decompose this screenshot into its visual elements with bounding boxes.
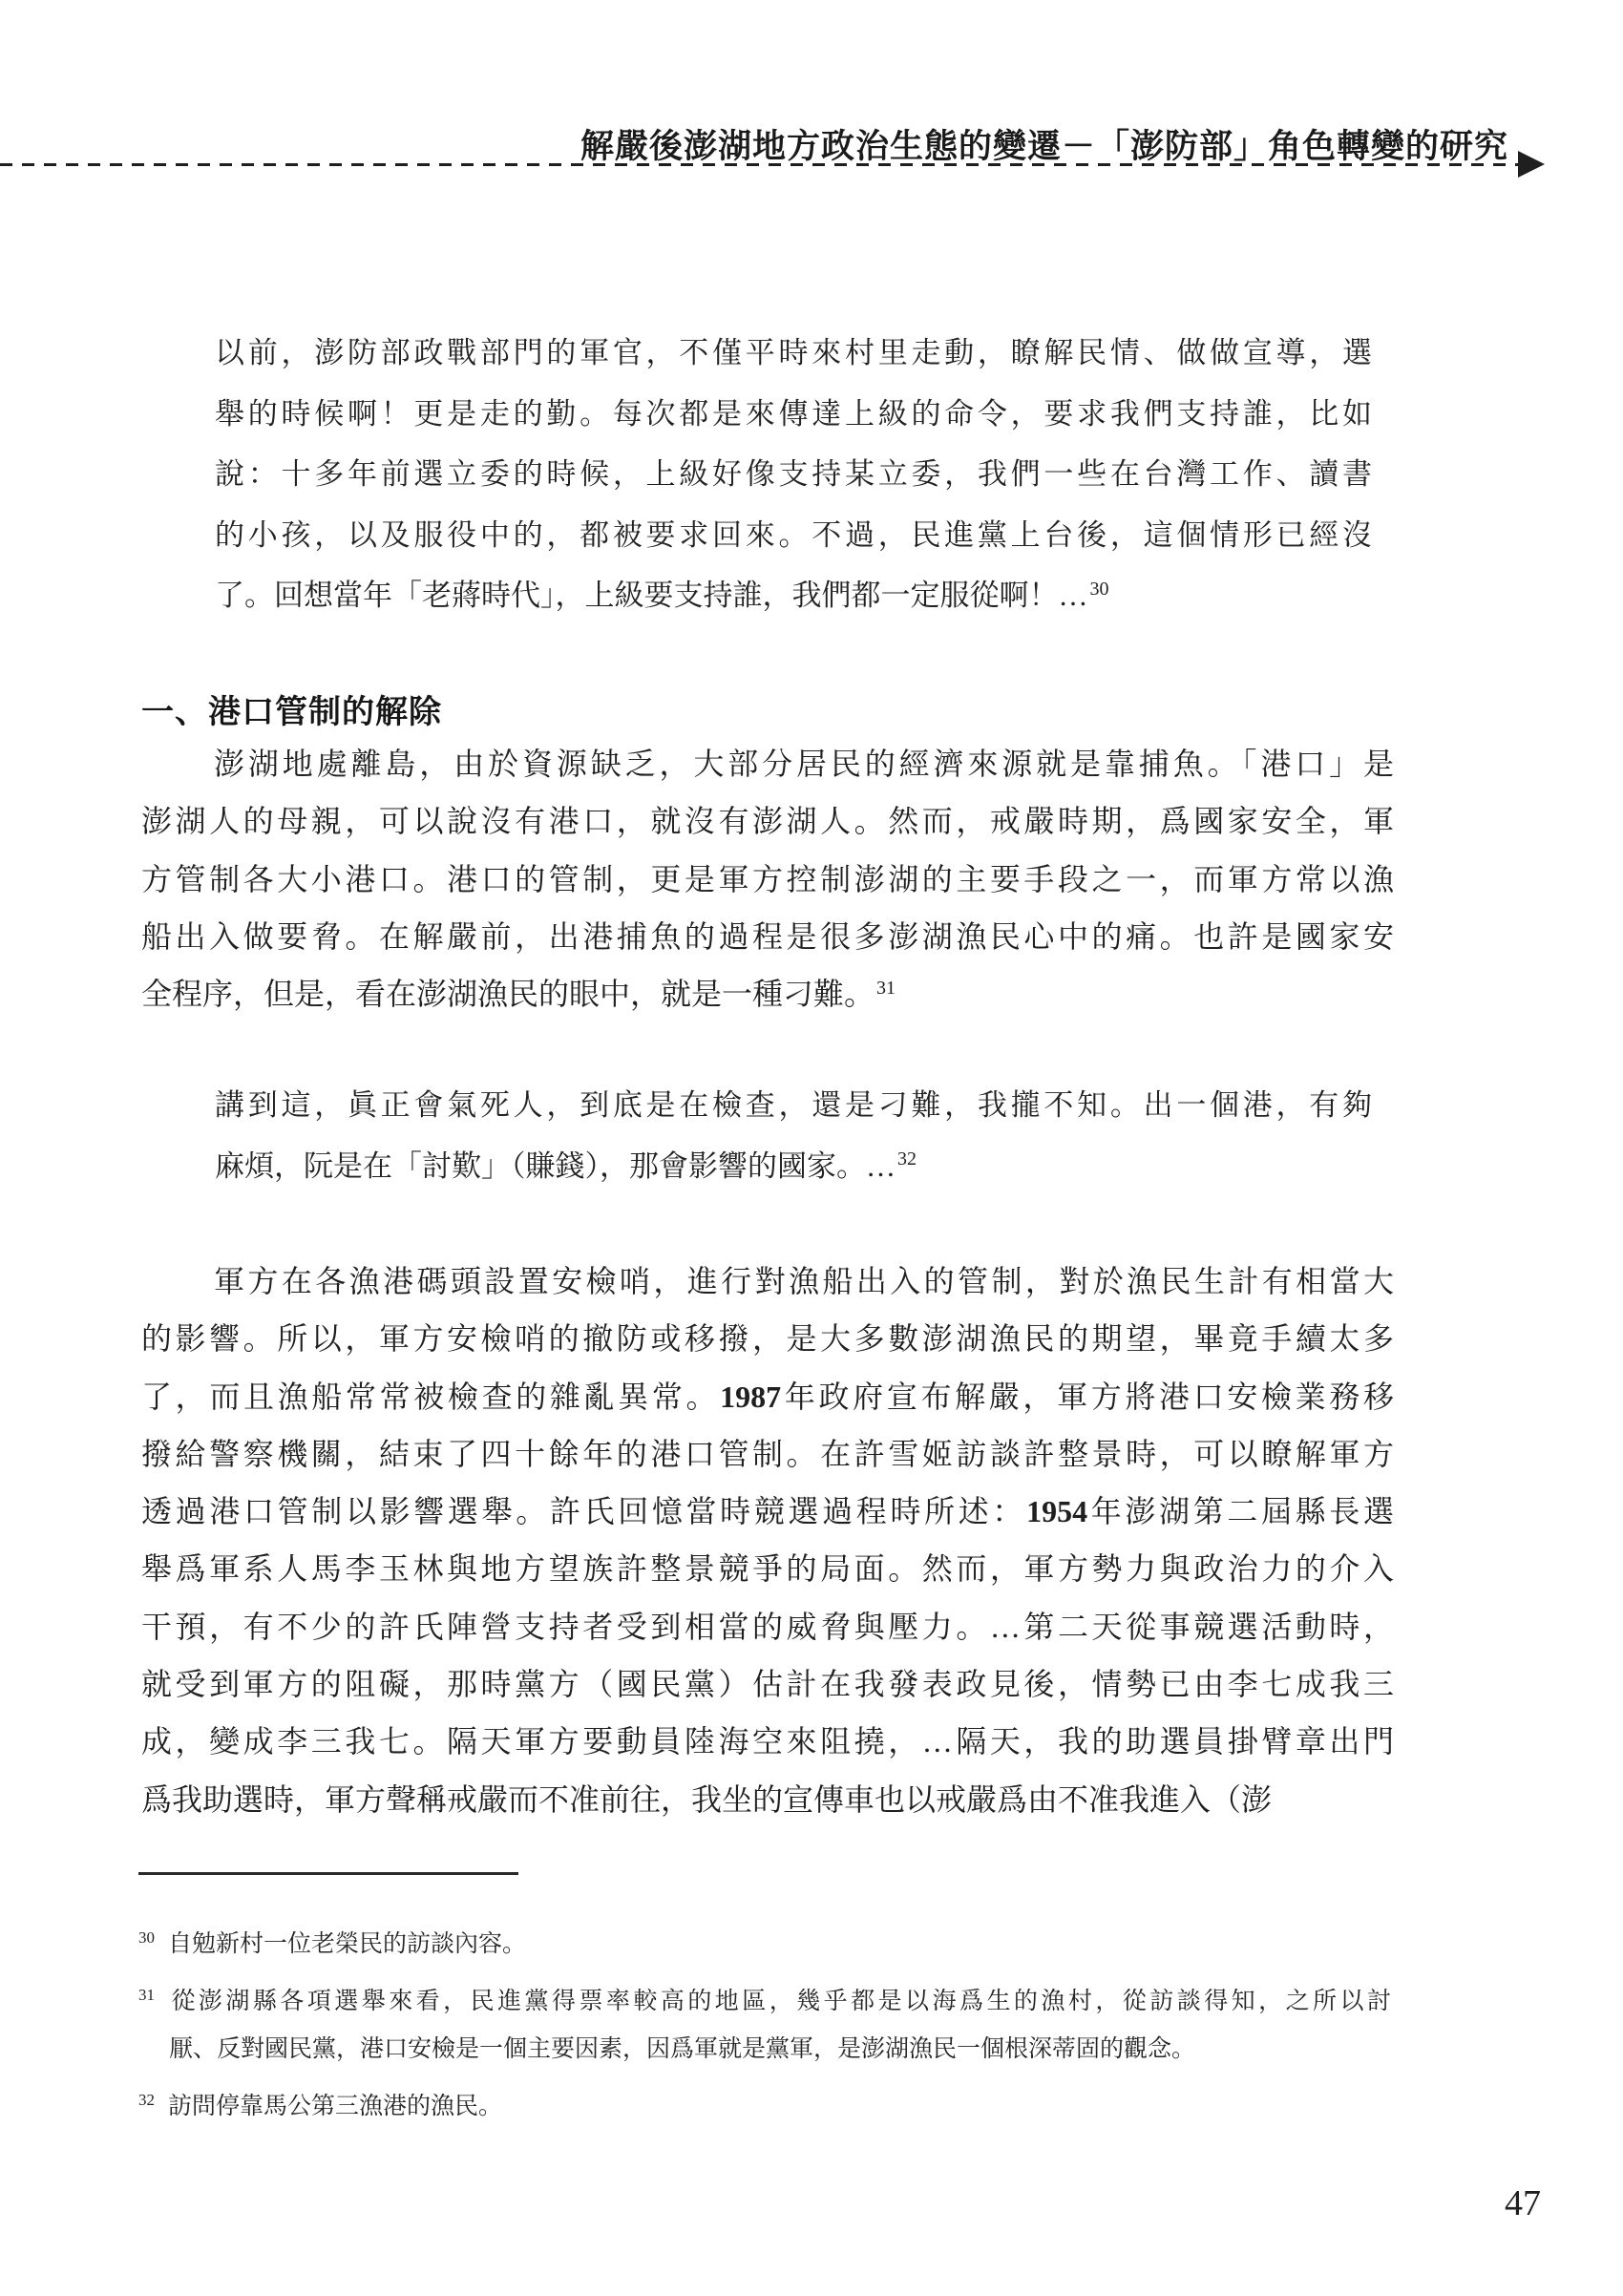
quote-line-text: 麻煩，阮是在「討歎」（賺錢），那會影響的國家。…: [215, 1149, 896, 1183]
paragraph-line-text: 年政府宣布解嚴，軍方將港口安檢業務移: [781, 1380, 1394, 1414]
paragraph-line: 舉爲軍系人馬李玉林與地方望族許整景競爭的局面。然而，軍方勢力與政治力的介入: [141, 1540, 1394, 1597]
footnote-item: 31從澎湖縣各項選舉來看，民進黨得票率較高的地區，幾乎都是以海爲生的漁村，從訪談…: [138, 1978, 1391, 2074]
footnote-reference: 31: [876, 978, 896, 999]
quote-line: 麻煩，阮是在「討歎」（賺錢），那會影響的國家。…32: [215, 1136, 1372, 1197]
footnote-marker: 30: [138, 1928, 155, 1947]
year-emphasis: 1987: [720, 1380, 781, 1414]
paragraph-line: 干預，有不少的許氏陣營支持者受到相當的威脅與壓力。…第二天從事競選活動時，: [141, 1598, 1394, 1655]
footnote-reference: 30: [1090, 579, 1109, 600]
page-number: 47: [1505, 2182, 1541, 2224]
quote-line: 說：十多年前選立委的時候，上級好像支持某立委，我們一些在台灣工作、讀書: [215, 444, 1372, 505]
footnote-line: 30自勉新村一位老榮民的訪談內容。: [138, 1921, 1391, 1969]
footnote-line: 31從澎湖縣各項選舉來看，民進黨得票率較高的地區，幾乎都是以海爲生的漁村，從訪談…: [138, 1978, 1391, 2026]
paragraph-line-text: 年澎湖第二屆縣長選: [1087, 1494, 1394, 1528]
year-emphasis: 1954: [1026, 1494, 1087, 1528]
quote-line-text: 了。回想當年「老蔣時代」，上級要支持誰，我們都一定服從啊！…: [215, 579, 1088, 612]
running-header-title: 解嚴後澎湖地方政治生態的變遷－「澎防部」角色轉變的研究: [580, 120, 1508, 168]
arrow-right-icon: [1518, 151, 1545, 178]
paragraph-line: 澎湖地處離島，由於資源缺乏，大部分居民的經濟來源就是靠捕魚。「港口」是: [141, 735, 1394, 792]
quote-line: 講到這，眞正會氣死人，到底是在檢查，還是刁難，我攏不知。出一個港，有夠: [215, 1075, 1372, 1136]
body-paragraph-1: 澎湖地處離島，由於資源缺乏，大部分居民的經濟來源就是靠捕魚。「港口」是 澎湖人的…: [141, 735, 1394, 1022]
paragraph-line-text: 透過港口管制以影響選舉。許氏回憶當時競選過程時所述：: [141, 1494, 1026, 1528]
paragraph-line: 船出入做要脅。在解嚴前，出港捕魚的過程是很多澎湖漁民心中的痛。也許是國家安: [141, 908, 1394, 965]
paragraph-line: 爲我助選時，軍方聲稱戒嚴而不准前往，我坐的宣傳車也以戒嚴爲由不准我進入（澎: [141, 1771, 1394, 1828]
footnote-text: 訪問停靠馬公第三漁港的漁民。: [168, 2094, 502, 2119]
footnote-item: 30自勉新村一位老榮民的訪談內容。: [138, 1921, 1391, 1969]
paragraph-line: 了，而且漁船常常被檢查的雜亂異常。1987年政府宣布解嚴，軍方將港口安檢業務移: [141, 1368, 1394, 1425]
body-paragraph-2: 軍方在各漁港碼頭設置安檢哨，進行對漁船出入的管制，對於漁民生計有相當大 的影響。…: [141, 1253, 1394, 1828]
footnote-reference: 32: [897, 1148, 917, 1169]
footnote-text: 從澎湖縣各項選舉來看，民進黨得票率較高的地區，幾乎都是以海爲生的漁村，從訪談得知…: [168, 1989, 1391, 2014]
quote-line: 的小孩，以及服役中的，都被要求回來。不過，民進黨上台後，這個情形已經沒: [215, 505, 1372, 566]
section-heading: 一、港口管制的解除: [141, 685, 442, 732]
quote-line: 以前，澎防部政戰部門的軍官，不僅平時來村里走動，瞭解民情、做做宣導，選: [215, 323, 1372, 384]
paragraph-line: 撥給警察機關，結束了四十餘年的港口管制。在許雪姬訪談許整景時，可以瞭解軍方: [141, 1425, 1394, 1483]
footnote-marker: 32: [138, 2091, 155, 2109]
paragraph-line: 軍方在各漁港碼頭設置安檢哨，進行對漁船出入的管制，對於漁民生計有相當大: [141, 1253, 1394, 1310]
paragraph-line: 的影響。所以，軍方安檢哨的撤防或移撥，是大多數澎湖漁民的期望，畢竟手續太多: [141, 1310, 1394, 1367]
paragraph-line: 方管制各大小港口。港口的管制，更是軍方控制澎湖的主要手段之一，而軍方常以漁: [141, 851, 1394, 908]
interview-quote-block-1: 以前，澎防部政戰部門的軍官，不僅平時來村里走動，瞭解民情、做做宣導，選 舉的時候…: [215, 323, 1372, 626]
paragraph-line-text: 全程序，但是，看在澎湖漁民的眼中，就是一種刁難。: [141, 977, 875, 1011]
paragraph-line: 全程序，但是，看在澎湖漁民的眼中，就是一種刁難。31: [141, 965, 1394, 1022]
interview-quote-block-2: 講到這，眞正會氣死人，到底是在檢查，還是刁難，我攏不知。出一個港，有夠 麻煩，阮…: [215, 1075, 1372, 1196]
footnote-marker: 31: [138, 1986, 155, 2004]
paragraph-line: 就受到軍方的阻礙，那時黨方（國民黨）估計在我發表政見後，情勢已由李七成我三: [141, 1655, 1394, 1713]
footnote-line: 32訪問停靠馬公第三漁港的漁民。: [138, 2083, 1391, 2131]
paragraph-line: 澎湖人的母親，可以說沒有港口，就沒有澎湖人。然而，戒嚴時期，爲國家安全，軍: [141, 792, 1394, 850]
footnote-line: 厭、反對國民黨，港口安檢是一個主要因素，因爲軍就是黨軍，是澎湖漁民一個根深蒂固的…: [138, 2026, 1391, 2074]
quote-line: 了。回想當年「老蔣時代」，上級要支持誰，我們都一定服從啊！…30: [215, 565, 1372, 626]
paragraph-line: 透過港口管制以影響選舉。許氏回憶當時競選過程時所述：1954年澎湖第二屆縣長選: [141, 1483, 1394, 1540]
header-dashed-rule: [0, 163, 1520, 166]
quote-line: 舉的時候啊！更是走的勤。每次都是來傳達上級的命令，要求我們支持誰，比如: [215, 384, 1372, 445]
paragraph-line-text: 了，而且漁船常常被檢查的雜亂異常。: [141, 1380, 720, 1414]
footnote-item: 32訪問停靠馬公第三漁港的漁民。: [138, 2083, 1391, 2131]
footnote-separator-rule: [138, 1872, 518, 1875]
paragraph-line: 成，變成李三我七。隔天軍方要動員陸海空來阻撓，…隔天，我的助選員掛臂章出門: [141, 1713, 1394, 1770]
footnote-text: 厭、反對國民黨，港口安檢是一個主要因素，因爲軍就是黨軍，是澎湖漁民一個根深蒂固的…: [169, 2036, 1195, 2062]
footnote-text: 自勉新村一位老榮民的訪談內容。: [168, 1931, 526, 1957]
document-page: 解嚴後澎湖地方政治生態的變遷－「澎防部」角色轉變的研究 以前，澎防部政戰部門的軍…: [0, 0, 1623, 2296]
